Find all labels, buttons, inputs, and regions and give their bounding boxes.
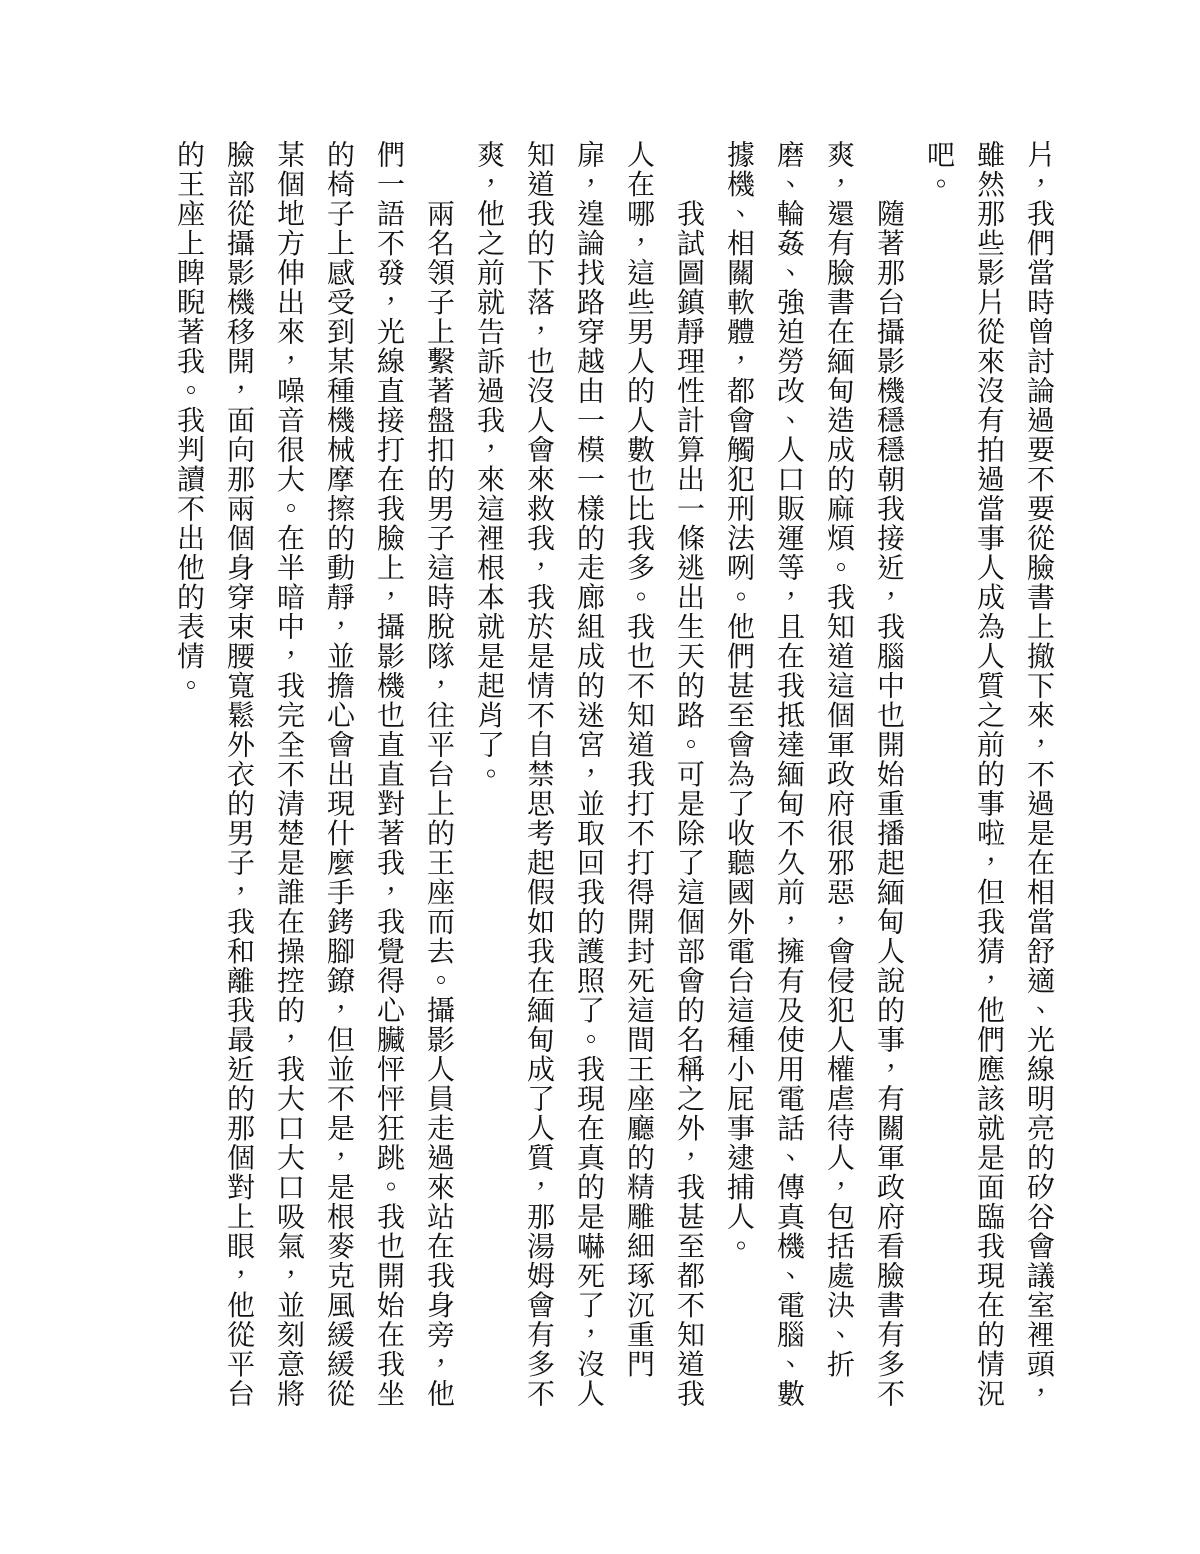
book-page: 片，我們當時曾討論過要不要從臉書上撤下來，不過是在相當舒適、光線明亮的矽谷會議室… (0, 0, 1200, 1554)
paragraph-continuation: 片，我們當時曾討論過要不要從臉書上撤下來，不過是在相當舒適、光線明亮的矽谷會議室… (914, 140, 1064, 1416)
paragraph: 隨著那台攝影機穩穩朝我接近，我腦中也開始重播起緬甸人說的事，有關軍政府看臉書有多… (714, 140, 914, 1416)
paragraph: 兩名領子上繫著盤扣的男子這時脫隊，往平台上的王座而去。攝影人員走過來站在我身旁，… (164, 140, 464, 1416)
vertical-text-block: 片，我們當時曾討論過要不要從臉書上撤下來，不過是在相當舒適、光線明亮的矽谷會議室… (164, 140, 1064, 1416)
paragraph: 我試圖鎮靜理性計算出一條逃出生天的路。可是除了這個部會的名稱之外，我甚至都不知道… (464, 140, 714, 1416)
